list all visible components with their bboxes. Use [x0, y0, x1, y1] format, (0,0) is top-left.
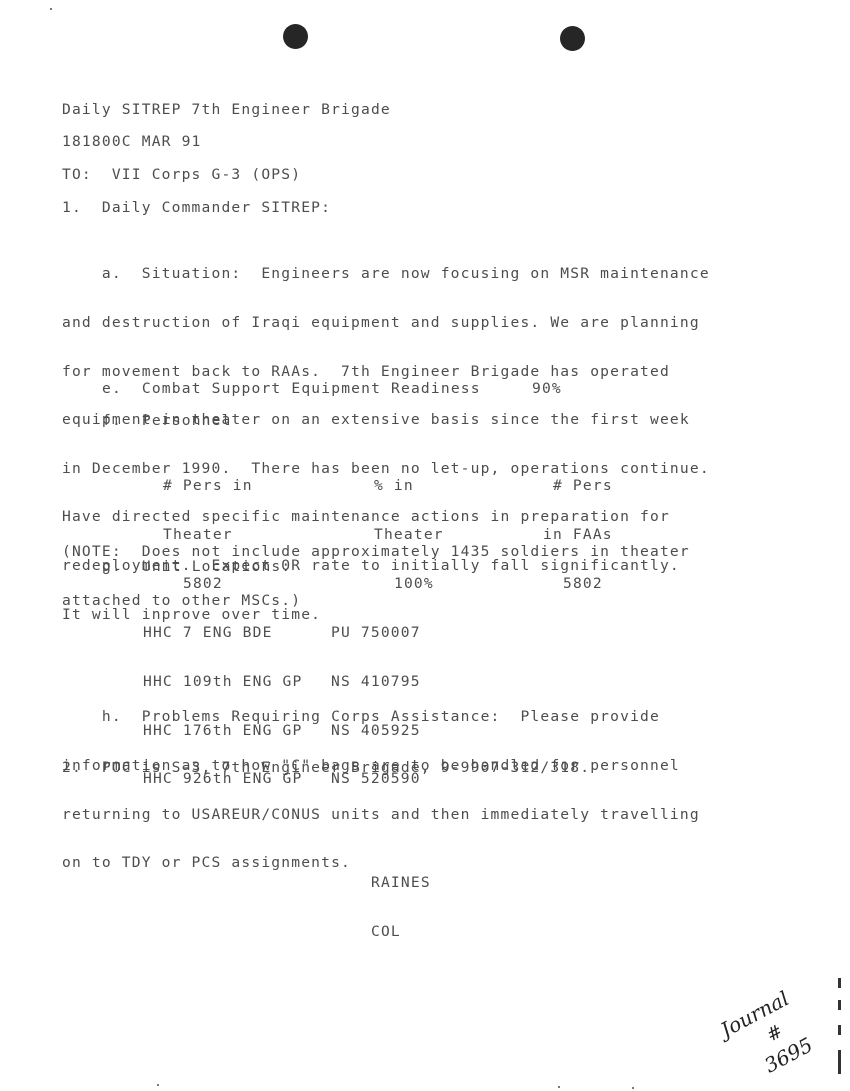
problems-line: h. Problems Requiring Corps Assistance: … — [62, 709, 700, 725]
scan-speck — [50, 8, 52, 10]
hole-punch-left — [283, 24, 308, 49]
edge-mark — [838, 1025, 841, 1035]
column-header: # Pers — [543, 478, 613, 494]
handwritten-journal-annotation: Journal # 3695 — [713, 967, 844, 1091]
unit-name: HHC 7 ENG BDE — [143, 625, 302, 641]
column-header: # Pers in — [163, 478, 253, 494]
date-time-group: 181800C MAR 91 — [62, 134, 202, 150]
scan-speck — [558, 1086, 560, 1088]
unit-locations-heading: g. Unit Locations: — [102, 559, 291, 575]
situation-line: a. Situation: Engineers are now focusing… — [62, 266, 710, 282]
edge-mark — [838, 1000, 841, 1010]
equipment-readiness-label: e. Combat Support Equipment Readiness — [102, 381, 481, 397]
equipment-readiness-value: 90% — [532, 381, 562, 397]
signature-name: RAINES — [371, 875, 431, 891]
edge-mark — [838, 978, 841, 988]
edge-mark — [838, 1050, 841, 1074]
column-header: % in — [374, 478, 444, 494]
document-page: Daily SITREP 7th Engineer Brigade 181800… — [0, 0, 850, 1091]
poc-line: 2. POC is S-3, 7th Engineer Brigade, 9-9… — [62, 760, 590, 776]
scan-speck — [157, 1084, 159, 1086]
situation-line: and destruction of Iraqi equipment and s… — [62, 315, 710, 331]
to-line: TO: VII Corps G-3 (OPS) — [62, 167, 301, 183]
hole-punch-right — [560, 26, 585, 51]
unit-location: PU 750007 — [331, 625, 421, 641]
signature-rank: COL — [371, 924, 431, 940]
section-1-heading: 1. Daily Commander SITREP: — [62, 200, 331, 216]
problems-line: returning to USAREUR/CONUS units and the… — [62, 807, 700, 823]
handwritten-hash: # — [763, 1021, 786, 1047]
scan-speck — [632, 1087, 634, 1089]
personnel-heading: f. Personnel — [102, 413, 232, 429]
signature-block: RAINES COL — [371, 843, 431, 973]
document-title: Daily SITREP 7th Engineer Brigade — [62, 102, 391, 118]
situation-line: for movement back to RAAs. 7th Engineer … — [62, 364, 710, 380]
